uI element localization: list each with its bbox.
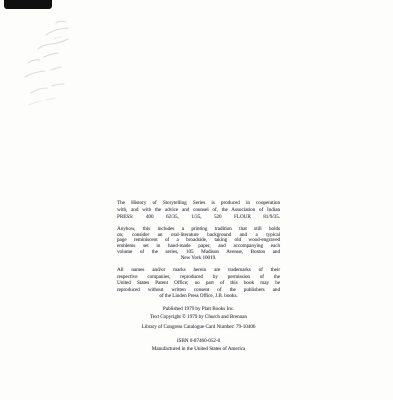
copyright-line: Text Copyright © 1979 by Church and Bren…: [117, 314, 280, 320]
text-line: New York 10019.: [117, 256, 280, 262]
redaction-bar: [4, 0, 52, 9]
text-line: All names and/or marks herein are tradem…: [117, 267, 280, 274]
manufactured-line: Manufactured in the United States of Ame…: [117, 346, 280, 352]
pencil-annotation: [10, 16, 94, 108]
isbn-line: ISBN 0-87460-052-0: [117, 338, 280, 344]
loc-catalog-line: Library of Congress Catalogue Card Numbe…: [117, 324, 280, 330]
scanned-page: The History of Storytelling Series is pr…: [0, 0, 393, 400]
paragraph-publisher-note: Anyhow, this includes a printing traditi…: [117, 227, 280, 262]
text-line: of the Linden Press Office, J.B. books.: [117, 293, 280, 300]
paragraph-series-note: The History of Storytelling Series is pr…: [117, 200, 280, 222]
text-line: United States Patent Office; no part of …: [117, 280, 280, 287]
paragraph-rights-note: All names and/or marks herein are tradem…: [117, 267, 280, 300]
colophon-text-block: The History of Storytelling Series is pr…: [117, 200, 280, 353]
published-line: Published 1979 by Platt Books Inc.: [117, 306, 280, 312]
text-line: PRESS: 400 62/35, 1/35, 520 FLOUR 81/9/3…: [117, 214, 280, 221]
imprint-block: Published 1979 by Platt Books Inc. Text …: [117, 306, 280, 353]
